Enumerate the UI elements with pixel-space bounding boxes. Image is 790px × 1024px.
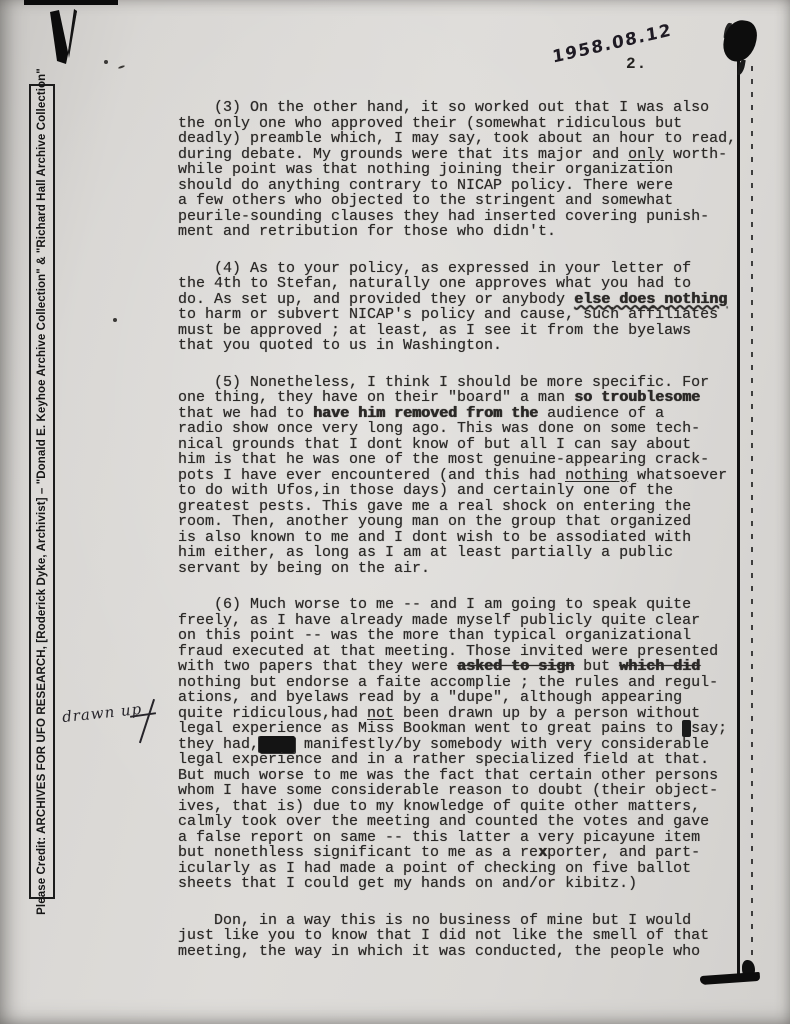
text-line: (5) Nonetheless, I think I should be mor… bbox=[178, 375, 756, 391]
text-segment: meeting, the way in which it was conduct… bbox=[178, 943, 700, 960]
text-line: fraud executed at that meeting. Those in… bbox=[178, 644, 756, 660]
text-segment: just like you to know that I did not lik… bbox=[178, 927, 709, 944]
date-stamp: 1958.08.12 bbox=[551, 20, 673, 68]
text-line: ives, that is) due to my knowledge of qu… bbox=[178, 799, 756, 815]
text-segment: but bbox=[574, 658, 619, 675]
text-segment: do. As set up, and provided they or anyb… bbox=[178, 291, 574, 308]
text-segment: nothing bbox=[565, 467, 628, 484]
text-segment: while point was that nothing joining the… bbox=[178, 161, 673, 178]
text-segment: with two papers that they were bbox=[178, 658, 457, 675]
text-segment: a few others who objected to the stringe… bbox=[178, 192, 673, 209]
text-segment: the 4th to Stefan, naturally one approve… bbox=[178, 275, 691, 292]
text-line: on this point -- was the more than typic… bbox=[178, 628, 756, 644]
text-segment: icularly as I had made a point of checki… bbox=[178, 860, 691, 877]
text-line: sheets that I could get my hands on and/… bbox=[178, 876, 756, 892]
text-line: to do with Ufos,in those days) and certa… bbox=[178, 483, 756, 499]
text-line: a false report on same -- this latter a … bbox=[178, 830, 756, 846]
text-segment: worth- bbox=[664, 146, 727, 163]
text-segment: legal experience and in a rather special… bbox=[178, 751, 709, 768]
checkmark-icon bbox=[44, 8, 80, 64]
text-line: servant by being on the air. bbox=[178, 561, 756, 577]
text-segment: ives, that is) due to my knowledge of qu… bbox=[178, 798, 700, 815]
paragraph: (6) Much worse to me -- and I am going t… bbox=[178, 597, 756, 892]
text-line: greatest pests. This gave me a real shoc… bbox=[178, 499, 756, 515]
text-line: deadly) preamble which, I may say, took … bbox=[178, 131, 756, 147]
text-line: But much worse to me was the fact that c… bbox=[178, 768, 756, 784]
text-segment: (6) Much worse to me -- and I am going t… bbox=[214, 596, 691, 613]
scan-speck bbox=[113, 318, 117, 322]
text-segment: is also known to me and I dont wish to b… bbox=[178, 529, 691, 546]
text-segment bbox=[682, 720, 691, 737]
text-line: while point was that nothing joining the… bbox=[178, 162, 756, 178]
text-line: should do anything contrary to NICAP pol… bbox=[178, 178, 756, 194]
text-line: (6) Much worse to me -- and I am going t… bbox=[178, 597, 756, 613]
text-segment: quite ridiculous,had bbox=[178, 705, 367, 722]
text-segment: not bbox=[367, 705, 394, 722]
text-segment: should do anything contrary to NICAP pol… bbox=[178, 177, 673, 194]
text-segment: freely, as I have already made myself pu… bbox=[178, 612, 700, 629]
text-segment: that you quoted to us in Washington. bbox=[178, 337, 502, 354]
letter-body: (3) On the other hand, it so worked out … bbox=[178, 100, 756, 980]
paragraph: (3) On the other hand, it so worked out … bbox=[178, 100, 756, 240]
margin-note-stroke bbox=[139, 699, 155, 743]
text-line: that you quoted to us in Washington. bbox=[178, 338, 756, 354]
text-line: but nonethless significant to me as a re… bbox=[178, 845, 756, 861]
text-line: is also known to me and I dont wish to b… bbox=[178, 530, 756, 546]
text-segment: nical grounds that I dont know of but al… bbox=[178, 436, 691, 453]
text-segment: pots I have ever encountered (and this h… bbox=[178, 467, 565, 484]
text-line: (4) As to your policy, as expressed in y… bbox=[178, 261, 756, 277]
text-line: legal experience as Miss Bookman went to… bbox=[178, 721, 756, 737]
text-segment: radio show once very long ago. This was … bbox=[178, 420, 700, 437]
text-segment: nothing but endorse a faite accomplie ; … bbox=[178, 674, 718, 691]
text-segment: x bbox=[538, 844, 547, 861]
text-segment: say; bbox=[691, 720, 727, 737]
text-segment bbox=[259, 736, 295, 753]
text-line: to harm or subvert NICAP's policy and ca… bbox=[178, 307, 756, 323]
text-segment: him is that he was one of the most genui… bbox=[178, 451, 709, 468]
text-segment: during debate. My grounds were that its … bbox=[178, 146, 628, 163]
text-line: peurile-sounding clauses they had insert… bbox=[178, 209, 756, 225]
text-segment: ment and retribution for those who didn'… bbox=[178, 223, 556, 240]
text-segment: manifestly/by somebody with very conside… bbox=[295, 736, 709, 753]
text-line: do. As set up, and provided they or anyb… bbox=[178, 292, 756, 308]
text-segment: the only one who approved their (somewha… bbox=[178, 115, 682, 132]
text-line: one thing, they have on their "board" a … bbox=[178, 390, 756, 406]
text-line: ations, and byelaws read by a "dupe", al… bbox=[178, 690, 756, 706]
text-segment: Don, in a way this is no business of min… bbox=[214, 912, 691, 929]
text-segment: they had, bbox=[178, 736, 259, 753]
text-line: just like you to know that I did not lik… bbox=[178, 928, 756, 944]
credit-stamp-text: Please Credit: ARCHIVES FOR UFO RESEARCH… bbox=[36, 68, 48, 915]
text-segment: must be approved ; at least, as I see it… bbox=[178, 322, 691, 339]
text-line: icularly as I had made a point of checki… bbox=[178, 861, 756, 877]
text-segment: (5) Nonetheless, I think I should be mor… bbox=[214, 374, 709, 391]
text-line: they had, manifestly/by somebody with ve… bbox=[178, 737, 756, 753]
text-segment: (3) On the other hand, it so worked out … bbox=[214, 99, 709, 116]
text-segment: peurile-sounding clauses they had insert… bbox=[178, 208, 709, 225]
text-segment: asked to sign bbox=[457, 658, 574, 675]
text-segment: that we had to bbox=[178, 405, 313, 422]
paragraph: (5) Nonetheless, I think I should be mor… bbox=[178, 375, 756, 577]
text-line: legal experience and in a rather special… bbox=[178, 752, 756, 768]
text-line: room. Then, another young man on the gro… bbox=[178, 514, 756, 530]
text-line: with two papers that they were asked to … bbox=[178, 659, 756, 675]
text-segment: whom I have some considerable reason to … bbox=[178, 782, 718, 799]
text-segment: But much worse to me was the fact that c… bbox=[178, 767, 718, 784]
paragraph: (4) As to your policy, as expressed in y… bbox=[178, 261, 756, 354]
text-segment: audience of a bbox=[538, 405, 664, 422]
text-segment: which did bbox=[619, 658, 700, 675]
text-segment: porter, and part- bbox=[547, 844, 700, 861]
text-line: nical grounds that I dont know of but al… bbox=[178, 437, 756, 453]
text-segment: to harm or subvert NICAP's policy and ca… bbox=[178, 306, 718, 323]
text-line: quite ridiculous,had not been drawn up b… bbox=[178, 706, 756, 722]
text-segment: been drawn up by a person without bbox=[394, 705, 700, 722]
text-line: whom I have some considerable reason to … bbox=[178, 783, 756, 799]
text-line: him is that he was one of the most genui… bbox=[178, 452, 756, 468]
scan-top-edge-mark bbox=[24, 0, 118, 5]
text-line: during debate. My grounds were that its … bbox=[178, 147, 756, 163]
text-segment: greatest pests. This gave me a real shoc… bbox=[178, 498, 691, 515]
text-line: Don, in a way this is no business of min… bbox=[178, 913, 756, 929]
text-segment: a false report on same -- this latter a … bbox=[178, 829, 700, 846]
text-line: the 4th to Stefan, naturally one approve… bbox=[178, 276, 756, 292]
scan-speck bbox=[118, 65, 125, 69]
text-segment: so troublesome bbox=[574, 389, 700, 406]
scan-blob-top bbox=[721, 18, 760, 65]
text-line: the only one who approved their (somewha… bbox=[178, 116, 756, 132]
text-segment: deadly) preamble which, I may say, took … bbox=[178, 130, 736, 147]
text-segment: only bbox=[628, 146, 664, 163]
margin-note-mark bbox=[128, 698, 158, 744]
paragraph: Don, in a way this is no business of min… bbox=[178, 913, 756, 960]
text-line: radio show once very long ago. This was … bbox=[178, 421, 756, 437]
text-line: that we had to have him removed from the… bbox=[178, 406, 756, 422]
credit-stamp-box: Please Credit: ARCHIVES FOR UFO RESEARCH… bbox=[29, 84, 55, 899]
text-segment: legal experience as Miss Bookman went to… bbox=[178, 720, 682, 737]
text-segment: on this point -- was the more than typic… bbox=[178, 627, 691, 644]
text-segment: have him removed from the bbox=[313, 405, 538, 422]
text-segment: but nonethless significant to me as a re bbox=[178, 844, 538, 861]
scan-speck bbox=[104, 60, 108, 64]
text-segment: room. Then, another young man on the gro… bbox=[178, 513, 691, 530]
text-line: freely, as I have already made myself pu… bbox=[178, 613, 756, 629]
document-page: Please Credit: ARCHIVES FOR UFO RESEARCH… bbox=[0, 0, 790, 1024]
text-segment: whatsoever bbox=[628, 467, 727, 484]
text-line: pots I have ever encountered (and this h… bbox=[178, 468, 756, 484]
text-line: nothing but endorse a faite accomplie ; … bbox=[178, 675, 756, 691]
text-segment: else does nothing bbox=[574, 291, 727, 308]
text-line: him either, as long as I am at least par… bbox=[178, 545, 756, 561]
text-line: a few others who objected to the stringe… bbox=[178, 193, 756, 209]
text-segment: calmly took over the meeting and counted… bbox=[178, 813, 709, 830]
text-segment: ations, and byelaws read by a "dupe", al… bbox=[178, 689, 682, 706]
text-segment: one thing, they have on their "board" a … bbox=[178, 389, 574, 406]
text-line: (3) On the other hand, it so worked out … bbox=[178, 100, 756, 116]
text-segment: servant by being on the air. bbox=[178, 560, 430, 577]
text-line: ment and retribution for those who didn'… bbox=[178, 224, 756, 240]
text-line: calmly took over the meeting and counted… bbox=[178, 814, 756, 830]
text-line: meeting, the way in which it was conduct… bbox=[178, 944, 756, 960]
page-number: 2. bbox=[626, 55, 647, 73]
text-segment: (4) As to your policy, as expressed in y… bbox=[214, 260, 691, 277]
text-segment: to do with Ufos,in those days) and certa… bbox=[178, 482, 673, 499]
text-segment: sheets that I could get my hands on and/… bbox=[178, 875, 637, 892]
text-segment: fraud executed at that meeting. Those in… bbox=[178, 643, 718, 660]
margin-note-stroke bbox=[130, 712, 156, 717]
text-line: must be approved ; at least, as I see it… bbox=[178, 323, 756, 339]
text-segment: him either, as long as I am at least par… bbox=[178, 544, 673, 561]
